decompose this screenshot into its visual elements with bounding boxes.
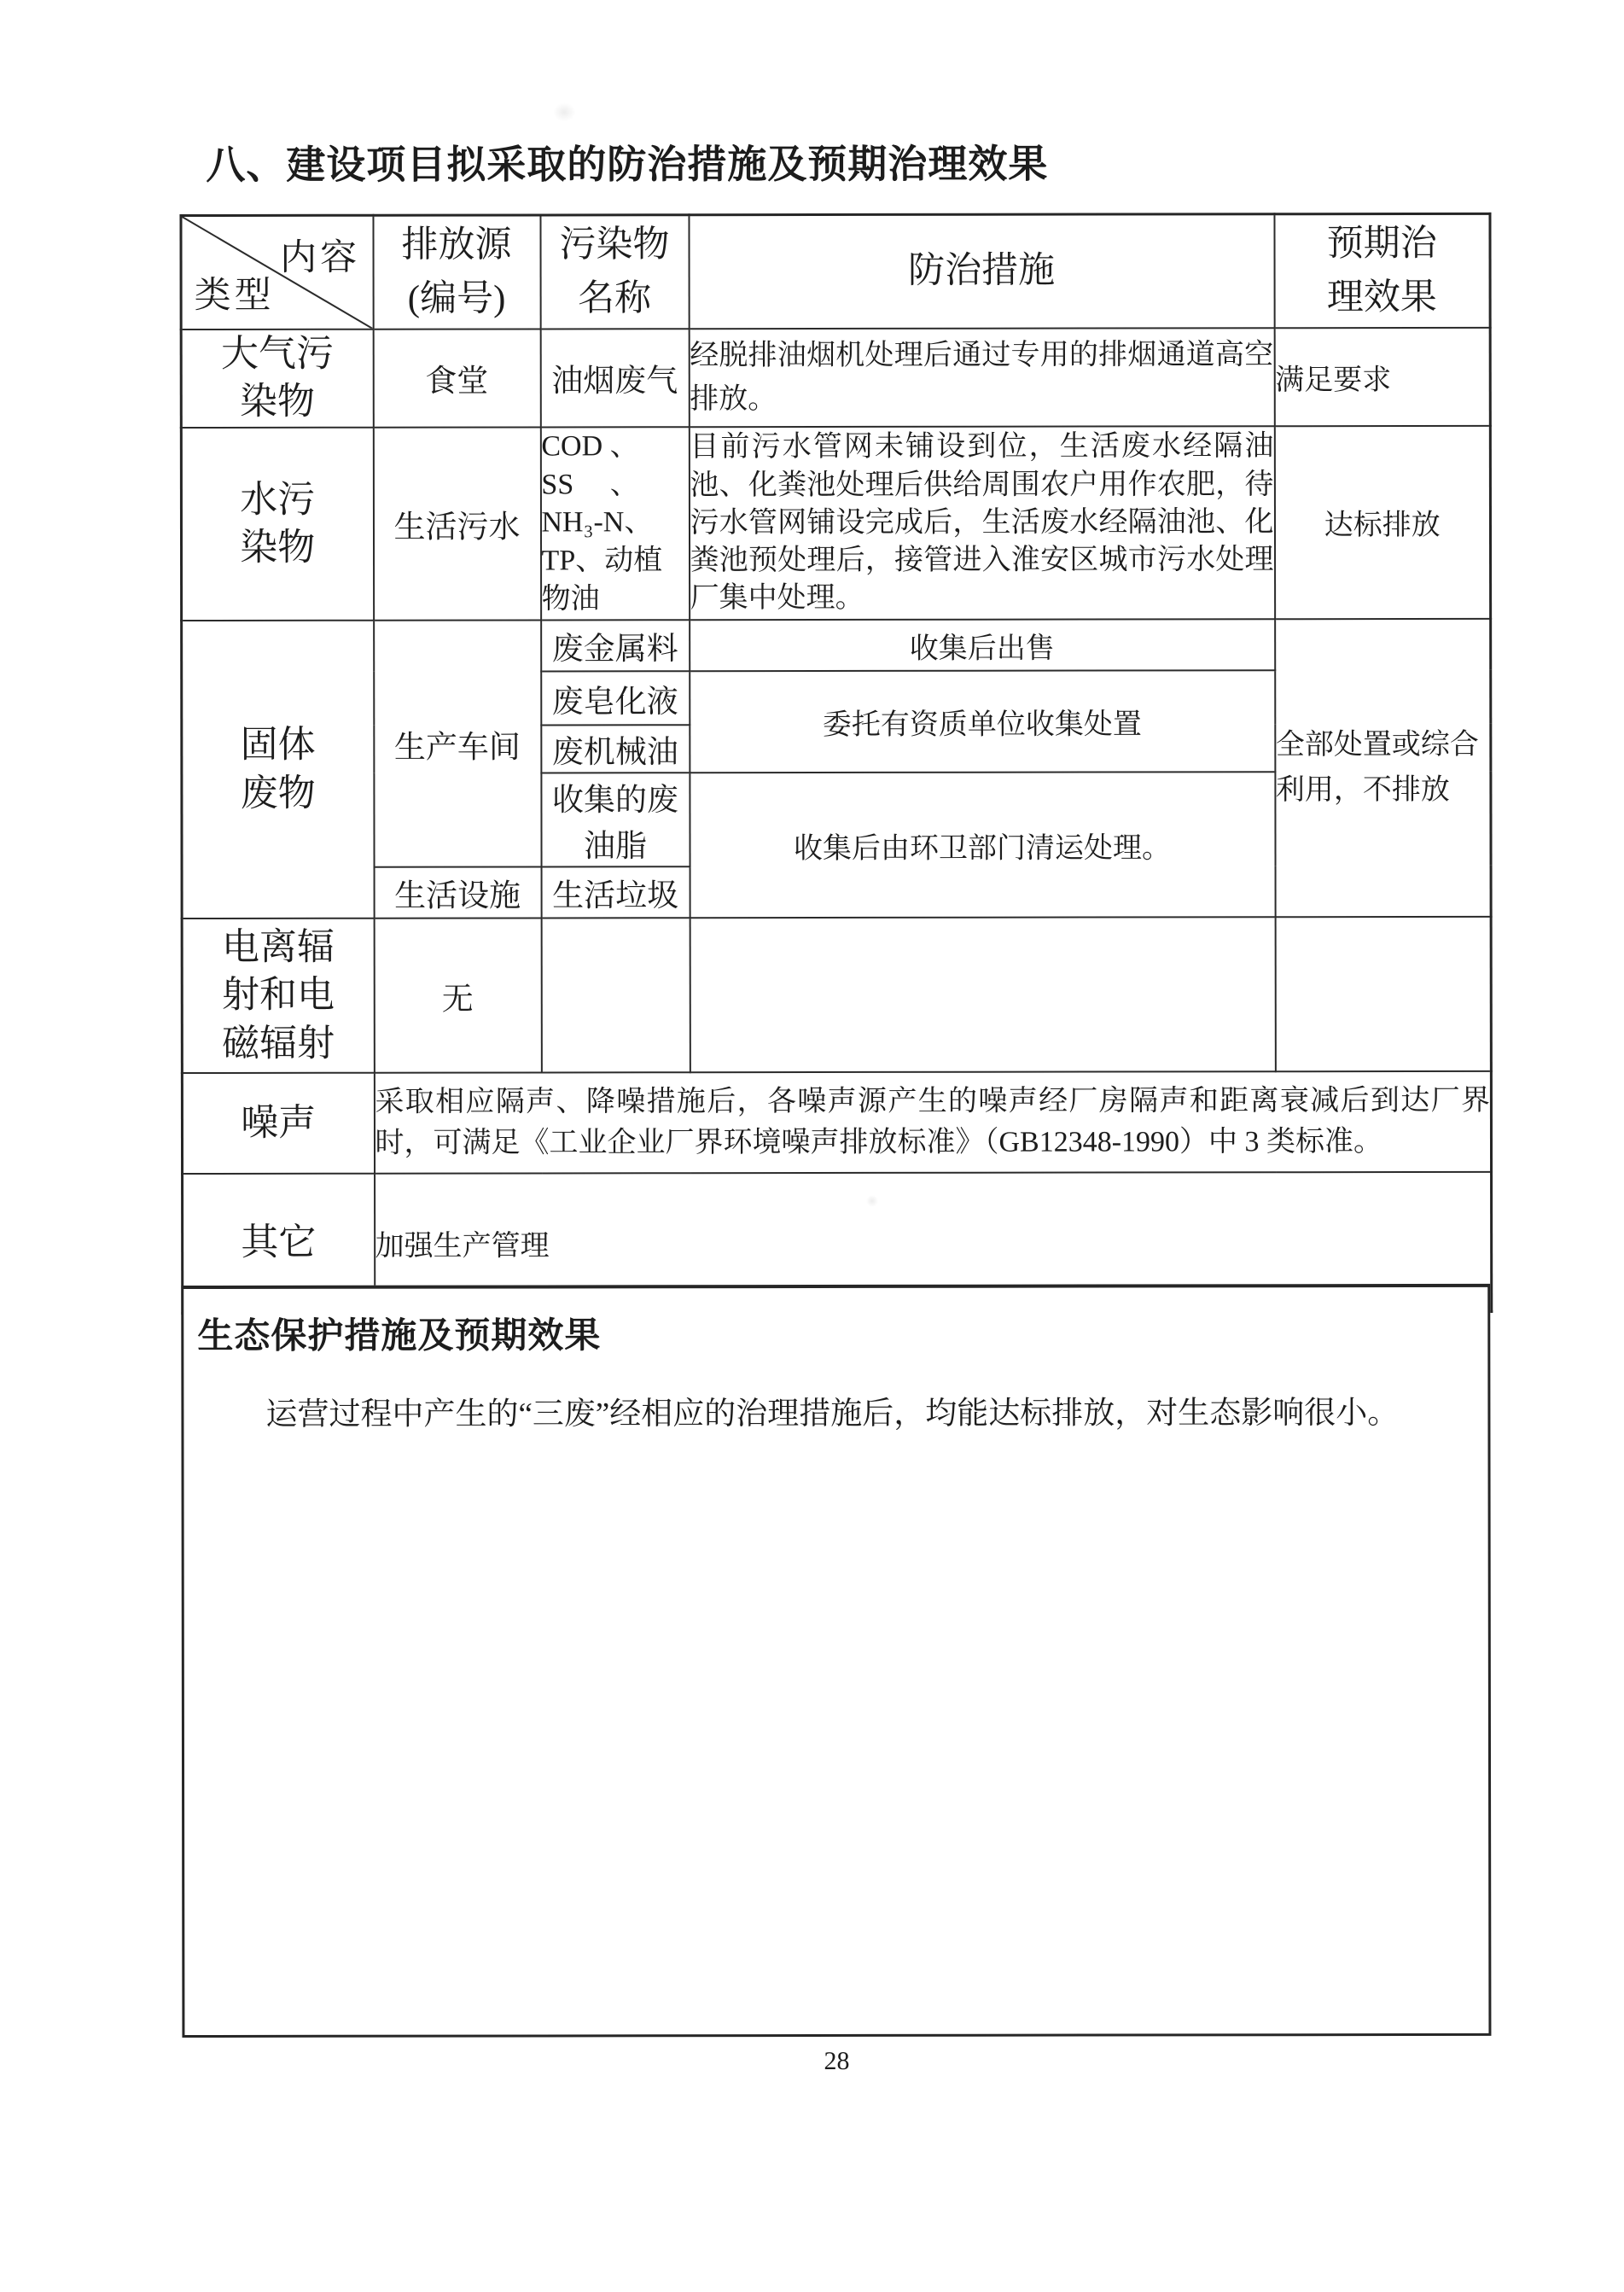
solid-type-cell: 固体 废物	[182, 621, 374, 919]
water-type-cell: 水污 染物	[181, 427, 373, 621]
corner-label-type: 类型	[195, 266, 275, 318]
header-row: 内容 类型 排放源 (编号) 污染物 名称 防治措施 预期治 理效果	[181, 213, 1490, 330]
air-effect-cell: 满足要求	[1274, 328, 1490, 426]
radiation-measure-cell-empty	[690, 917, 1275, 1072]
air-pollutant-cell: 油烟废气	[540, 329, 689, 427]
air-measure-cell: 经脱排油烟机处理后通过专用的排烟通道高空排放。	[689, 328, 1274, 427]
corner-label-content: 内容	[280, 229, 360, 281]
solid-source-workshop-cell: 生产车间	[374, 620, 541, 866]
solid-measure-entrust-cell: 委托有资质单位收集处置	[690, 670, 1275, 773]
eco-body: 运营过程中产生的“三废”经相应的治理措施后，均能达标排放，对生态影响很小。	[202, 1388, 1469, 1440]
eco-section: 生态保护措施及预期效果 运营过程中产生的“三废”经相应的治理措施后，均能达标排放…	[181, 1284, 1491, 2038]
header-pollutant: 污染物 名称	[540, 215, 689, 330]
water-source-cell: 生活污水	[373, 427, 540, 621]
page-title: 八、建设项目拟采取的防治措施及预期治理效果	[206, 133, 1048, 190]
air-type-cell: 大气污 染物	[181, 330, 373, 428]
solid-effect-cell: 全部处置或综合利用，不排放	[1275, 619, 1491, 917]
radiation-source-cell: 无	[374, 918, 541, 1072]
scan-speckle	[553, 102, 575, 121]
noise-type-cell: 噪声	[182, 1073, 374, 1174]
solid-pollutant-garbage-cell: 生活垃圾	[541, 866, 690, 918]
noise-measure-cell: 采取相应隔声、降噪措施后，各噪声源产生的噪声经厂房隔声和距离衰减后到达厂界时，可…	[374, 1071, 1491, 1174]
measures-table: 内容 类型 排放源 (编号) 污染物 名称 防治措施 预期治 理效果 大气污 染…	[179, 213, 1493, 1315]
noise-row: 噪声 采取相应隔声、降噪措施后，各噪声源产生的噪声经厂房隔声和距离衰减后到达厂界…	[182, 1071, 1491, 1174]
solid-row-metal: 固体 废物 生产车间 废金属料 收集后出售 全部处置或综合利用，不排放	[182, 619, 1491, 672]
water-row: 水污 染物 生活污水 COD 、 SS 、 NH₃-N、 TP、动植 物油 目前…	[181, 426, 1490, 621]
water-effect-cell: 达标排放	[1274, 426, 1490, 620]
solid-pollutant-metal-cell: 废金属料	[541, 620, 690, 671]
header-source: 排放源 (编号)	[373, 215, 540, 330]
radiation-type-cell: 电离辐 射和电 磁辐射	[182, 919, 374, 1073]
page-number: 28	[182, 2046, 1491, 2077]
water-pollutant-cell: COD 、 SS 、 NH₃-N、 TP、动植 物油	[540, 427, 689, 621]
header-measure: 防治措施	[689, 214, 1274, 329]
air-source-cell: 食堂	[373, 329, 540, 427]
corner-cell: 内容 类型	[181, 215, 373, 330]
water-measure-cell: 目前污水管网未铺设到位，生活废水经隔油池、化粪池处理后供给周围农户用作农肥，待污…	[689, 426, 1274, 620]
air-row: 大气污 染物 食堂 油烟废气 经脱排油烟机处理后通过专用的排烟通道高空排放。 满…	[181, 328, 1490, 428]
solid-pollutant-soap-cell: 废皂化液	[541, 671, 690, 725]
solid-source-living-cell: 生活设施	[374, 866, 541, 918]
solid-pollutant-machine-oil-cell: 废机械油	[541, 725, 690, 773]
radiation-row: 电离辐 射和电 磁辐射 无	[182, 917, 1491, 1073]
header-effect: 预期治 理效果	[1274, 213, 1490, 328]
solid-pollutant-grease-cell: 收集的废 油脂	[541, 773, 690, 866]
radiation-effect-cell-empty	[1275, 917, 1491, 1071]
radiation-pollutant-cell-empty	[541, 918, 690, 1072]
eco-title: 生态保护措施及预期效果	[197, 1307, 601, 1359]
scanned-page: 八、建设项目拟采取的防治措施及预期治理效果 内容 类型 排放源 (编号) 污染物…	[0, 0, 1624, 2292]
solid-measure-sanitation-cell: 收集后由环卫部门清运处理。	[690, 772, 1275, 918]
solid-measure-sell-cell: 收集后出售	[690, 619, 1275, 671]
